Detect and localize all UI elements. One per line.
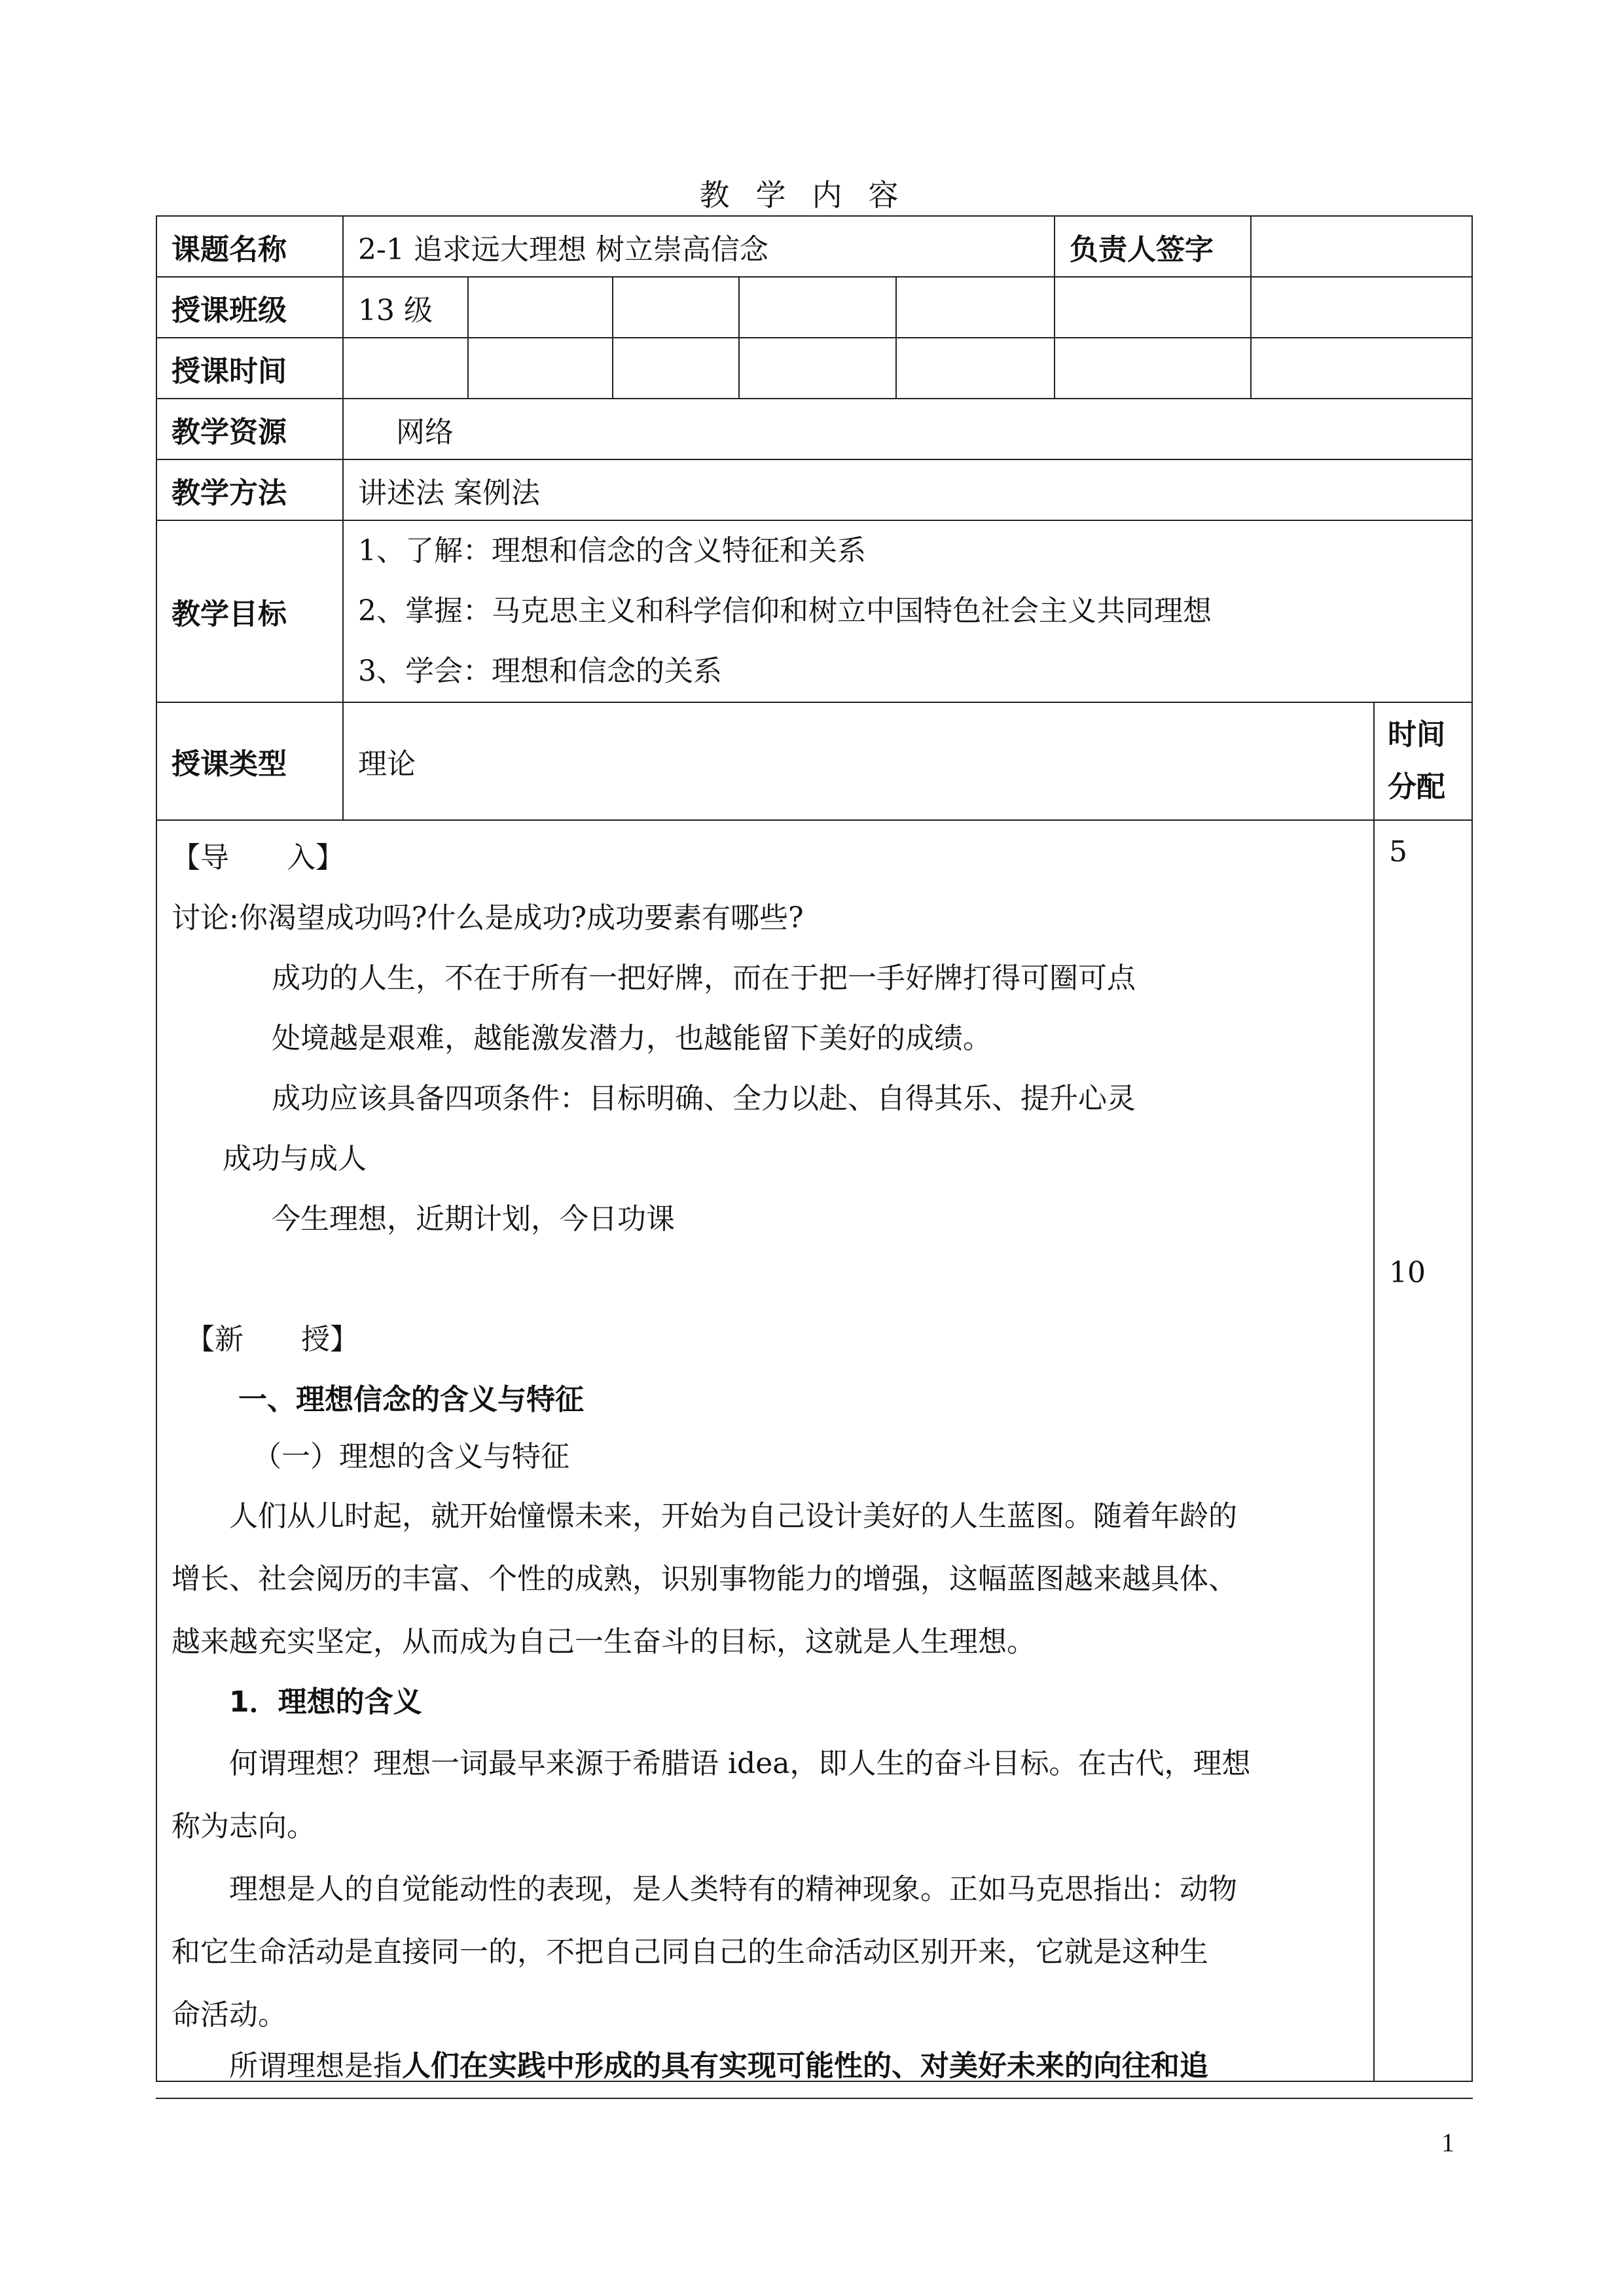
paragraph-line: 人们从儿时起，就开始憧憬未来，开始为自己设计美好的人生蓝图。随着年龄的 (229, 1492, 1237, 1534)
class-label: 授课班级 (156, 277, 343, 338)
type-row: 授课类型 理论 时间 分配 (156, 702, 1472, 820)
class-cell (896, 277, 1055, 338)
time-slot-cell (739, 338, 896, 399)
type-value: 理论 (343, 702, 1374, 820)
intro-line: 今生理想，近期计划，今日功课 (272, 1195, 675, 1237)
time-header-line-1: 时间 (1388, 709, 1471, 761)
intro-line: 成功应该具备四项条件：目标明确、全力以赴、自得其乐、提升心灵 (272, 1075, 1136, 1117)
subsection-heading: （一）理想的含义与特征 (253, 1433, 569, 1475)
time-slot-cell (343, 338, 468, 399)
intro-time: 5 (1389, 835, 1407, 869)
objectives-list: 1、了解：理想和信念的含义特征和关系 2、掌握：马克思主义和科学信仰和树立中国特… (343, 520, 1472, 702)
paragraph-line: 何谓理想？理想一词最早来源于希腊语 idea，即人生的奋斗目标。在古代，理想 (229, 1740, 1251, 1782)
time-label: 授课时间 (156, 338, 343, 399)
definition-plain: 所谓理想是指 (229, 2049, 402, 2083)
time-header-line-2: 分配 (1388, 761, 1471, 814)
intro-line: 成功的人生，不在于所有一把好牌，而在于把一手好牌打得可圈可点 (272, 954, 1136, 996)
definition-line: 所谓理想是指人们在实践中形成的具有实现可能性的、对美好未来的向往和追 (229, 2042, 1208, 2084)
objective-item: 3、学会：理想和信念的关系 (358, 641, 1471, 702)
resources-row: 教学资源 网络 (156, 399, 1472, 459)
class-cell (613, 277, 739, 338)
content-row: 【导 入】 讨论:你渴望成功吗?什么是成功?成功要素有哪些? 成功的人生，不在于… (156, 820, 1472, 2081)
definition-bold: 人们在实践中形成的具有实现可能性的、对美好未来的向往和追 (402, 2049, 1208, 2083)
point-heading: 1．理想的含义 (229, 1678, 422, 1720)
sign-value (1251, 216, 1472, 277)
paragraph-line: 理想是人的自觉能动性的表现，是人类特有的精神现象。正如马克思指出：动物 (229, 1865, 1237, 1907)
topic-row: 课题名称 2-1 追求远大理想 树立崇高信念 负责人签字 (156, 216, 1472, 277)
time-allocation-column: 5 10 (1374, 820, 1472, 2081)
intro-line: 处境越是艰难，越能激发潜力，也越能留下美好的成绩。 (272, 1014, 992, 1056)
paragraph-line: 越来越充实坚定，从而成为自己一生奋斗的目标，这就是人生理想。 (171, 1618, 1036, 1660)
class-cell (1055, 277, 1251, 338)
class-cell (739, 277, 896, 338)
class-cell (468, 277, 613, 338)
paragraph-line: 称为志向。 (171, 1803, 316, 1844)
objectives-row: 教学目标 1、了解：理想和信念的含义特征和关系 2、掌握：马克思主义和科学信仰和… (156, 520, 1472, 702)
resources-value: 网络 (343, 399, 1472, 459)
table-bottom-double-rule (156, 2098, 1473, 2101)
objectives-label: 教学目标 (156, 520, 343, 702)
lesson-plan-table: 课题名称 2-1 追求远大理想 树立崇高信念 负责人签字 授课班级 13 级 授… (156, 215, 1473, 2082)
page-number: 1 (1441, 2127, 1454, 2158)
section-heading: 一、理想信念的含义与特征 (238, 1376, 584, 1418)
class-row: 授课班级 13 级 (156, 277, 1472, 338)
methods-row: 教学方法 讲述法 案例法 (156, 459, 1472, 520)
topic-value: 2-1 追求远大理想 树立崇高信念 (343, 216, 1055, 277)
time-slot-cell (468, 338, 613, 399)
time-allocation-header: 时间 分配 (1374, 702, 1472, 820)
paragraph-line: 和它生命活动是直接同一的，不把自己同自己的生命活动区别开来，它就是这种生 (171, 1928, 1208, 1970)
paragraph-line: 命活动。 (171, 1991, 287, 2033)
sign-label: 负责人签字 (1055, 216, 1251, 277)
objective-item: 2、掌握：马克思主义和科学信仰和树立中国特色社会主义共同理想 (358, 581, 1471, 641)
methods-value: 讲述法 案例法 (343, 459, 1472, 520)
class-cell (1251, 277, 1472, 338)
intro-line: 讨论:你渴望成功吗?什么是成功?成功要素有哪些? (171, 894, 804, 936)
time-slot-cell (896, 338, 1055, 399)
time-slot-cell (1251, 338, 1472, 399)
new-lesson-heading: 【新 授】 (186, 1316, 359, 1357)
resources-label: 教学资源 (156, 399, 343, 459)
intro-heading: 【导 入】 (171, 834, 344, 876)
page-title: 教学内容 (0, 171, 1624, 215)
topic-label: 课题名称 (156, 216, 343, 277)
time-slot-cell (613, 338, 739, 399)
new-lesson-time: 10 (1389, 1256, 1426, 1289)
class-cell: 13 级 (343, 277, 468, 338)
paragraph-line: 增长、社会阅历的丰富、个性的成熟，识别事物能力的增强，这幅蓝图越来越具体、 (171, 1555, 1237, 1597)
type-label: 授课类型 (156, 702, 343, 820)
time-row: 授课时间 (156, 338, 1472, 399)
lesson-content: 【导 入】 讨论:你渴望成功吗?什么是成功?成功要素有哪些? 成功的人生，不在于… (156, 820, 1374, 2081)
methods-label: 教学方法 (156, 459, 343, 520)
objective-item: 1、了解：理想和信念的含义特征和关系 (358, 521, 1471, 581)
time-slot-cell (1055, 338, 1251, 399)
intro-line: 成功与成人 (223, 1135, 367, 1177)
